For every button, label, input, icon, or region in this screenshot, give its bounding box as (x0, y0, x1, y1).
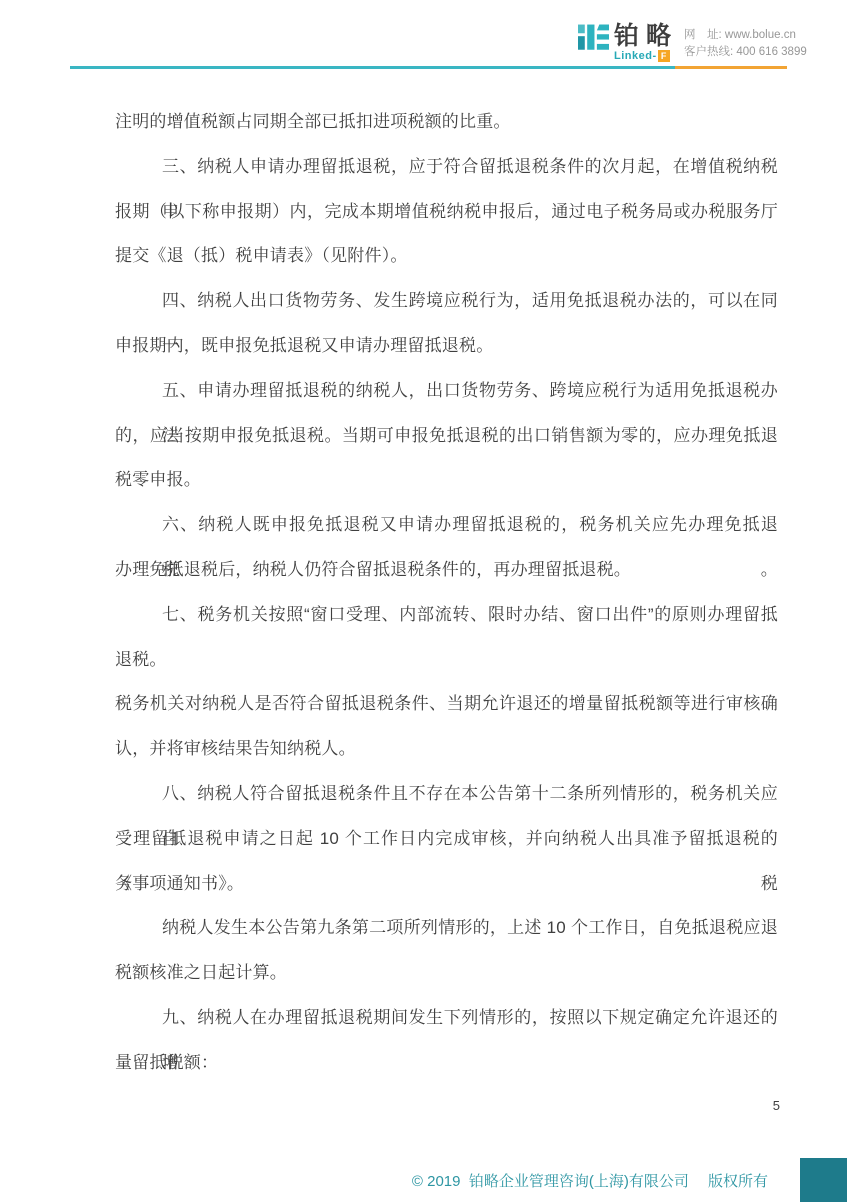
header-divider (70, 66, 787, 69)
document-line: 六、纳税人既申报免抵退税又申请办理留抵退税的，税务机关应先办理免抵退税。 (115, 503, 778, 548)
document-line: 认，并将审核结果告知纳税人。 (115, 727, 778, 772)
hotline-number: 客户热线: 400 616 3899 (684, 44, 807, 61)
page-header: 铂略 Linked- F 网 址: www.bolue.cn 客户热线: 400… (0, 0, 850, 90)
brand-name-cn: 铂略 (614, 24, 678, 49)
document-line: 八、纳税人符合留抵退税条件且不存在本公告第十二条所列情形的，税务机关应自 (115, 772, 778, 817)
brand-badge: F (658, 50, 670, 62)
document-line: 的，应当按期申报免抵退税。当期可申报免抵退税的出口销售额为零的，应办理免抵退 (115, 414, 778, 459)
company-logo: 铂略 Linked- F (578, 24, 678, 62)
contact-info: 网 址: www.bolue.cn 客户热线: 400 616 3899 (684, 27, 807, 61)
header-divider-teal (70, 66, 675, 69)
document-line: 七、税务机关按照“窗口受理、内部流转、限时办结、窗口出件”的原则办理留抵 (115, 593, 778, 638)
document-line: 退税。 (115, 638, 778, 683)
document-line: 注明的增值税额占同期全部已抵扣进项税额的比重。 (115, 100, 778, 145)
header-divider-orange (675, 66, 787, 69)
copyright-notice: © 2019 铂略企业管理咨询(上海)有限公司 版权所有 (412, 1173, 768, 1191)
document-page: 铂略 Linked- F 网 址: www.bolue.cn 客户热线: 400… (0, 0, 850, 1202)
document-line: 量留抵税额： (115, 1041, 778, 1086)
website-url: 网 址: www.bolue.cn (684, 27, 807, 44)
document-line: 受理留抵退税申请之日起 10 个工作日内完成审核，并向纳税人出具准予留抵退税的《… (115, 817, 778, 862)
document-line: 五、申请办理留抵退税的纳税人，出口货物劳务、跨境应税行为适用免抵退税办法 (115, 369, 778, 414)
brand-text: 铂略 Linked- F (614, 24, 678, 62)
page-number: 5 (773, 1098, 780, 1114)
document-line: 四、纳税人出口货物劳务、发生跨境应税行为，适用免抵退税办法的，可以在同一 (115, 279, 778, 324)
brand-name-en: Linked- (614, 50, 657, 62)
document-line: 提交《退（抵）税申请表》（见附件）。 (115, 234, 778, 279)
document-line: 申报期内，既申报免抵退税又申请办理留抵退税。 (115, 324, 778, 369)
document-line: 九、纳税人在办理留抵退税期间发生下列情形的，按照以下规定确定允许退还的增 (115, 996, 778, 1041)
document-body: 注明的增值税额占同期全部已抵扣进项税额的比重。 三、纳税人申请办理留抵退税，应于… (115, 100, 778, 1086)
document-line: 三、纳税人申请办理留抵退税，应于符合留抵退税条件的次月起，在增值税纳税申 (115, 145, 778, 190)
document-line: 报期（以下称申报期）内，完成本期增值税纳税申报后，通过电子税务局或办税服务厅 (115, 190, 778, 235)
document-line: 纳税人发生本公告第九条第二项所列情形的，上述 10 个工作日，自免抵退税应退 (115, 906, 778, 951)
logo-mark-icon (578, 24, 609, 59)
footer-corner-block (800, 1158, 847, 1202)
document-line: 税额核准之日起计算。 (115, 951, 778, 996)
document-line: 税零申报。 (115, 458, 778, 503)
document-line: 税务机关对纳税人是否符合留抵退税条件、当期允许退还的增量留抵税额等进行审核确 (115, 682, 778, 727)
